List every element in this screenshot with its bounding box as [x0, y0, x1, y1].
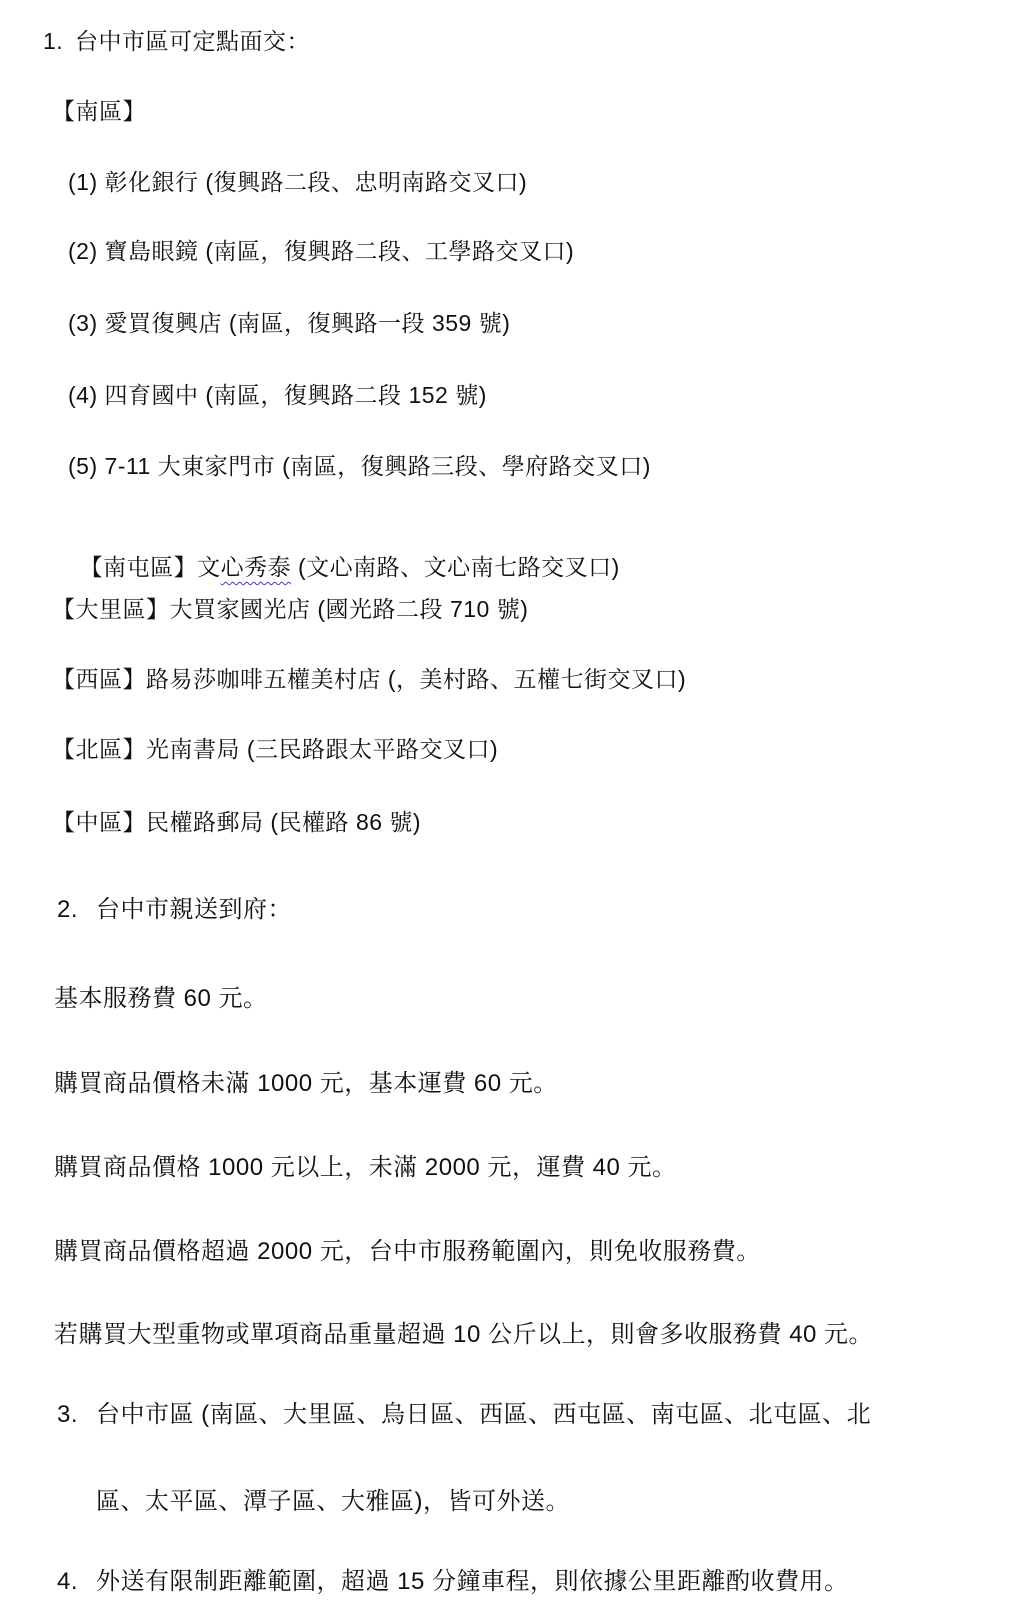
section1-number: 1.	[43, 27, 75, 57]
section4-text: 外送有限制距離範圍，超過 15 分鐘車程，則依據公里距離酌收費用。	[96, 1566, 849, 1597]
section2-number: 2.	[57, 894, 96, 925]
pickup-point-2: (2) 寶島眼鏡 (南區，復興路二段、工學路交叉口)	[68, 237, 574, 267]
nantun-suffix: (文心南路、文心南七路交叉口)	[291, 554, 620, 580]
south-district-header: 【南區】	[52, 97, 146, 127]
section2-heading: 2.台中市親送到府：	[57, 894, 292, 925]
pickup-point-4: (4) 四育國中 (南區，復興路二段 152 號)	[68, 381, 487, 411]
section1-title: 台中市區可定點面交：	[75, 27, 310, 57]
section3-line2: 區、太平區、潭子區、大雅區)，皆可外送。	[96, 1486, 570, 1517]
fee-paragraph-2: 購買商品價格未滿 1000 元，基本運費 60 元。	[54, 1068, 558, 1099]
section3-text-line1: 台中市區 (南區、大里區、烏日區、西區、西屯區、南屯區、北屯區、北	[96, 1399, 871, 1430]
fee-paragraph-1: 基本服務費 60 元。	[54, 983, 268, 1014]
section4-line: 4.外送有限制距離範圍，超過 15 分鐘車程，則依據公里距離酌收費用。	[57, 1566, 849, 1597]
pickup-point-3: (3) 愛買復興店 (南區，復興路一段 359 號)	[68, 309, 510, 339]
document-page: 1.台中市區可定點面交： 【南區】 (1) 彰化銀行 (復興路二段、忠明南路交叉…	[0, 0, 1012, 1621]
fee-paragraph-5: 若購買大型重物或單項商品重量超過 10 公斤以上，則會多收服務費 40 元。	[54, 1319, 873, 1350]
section1-heading: 1.台中市區可定點面交：	[43, 27, 310, 57]
section3-line1: 3.台中市區 (南區、大里區、烏日區、西區、西屯區、南屯區、北屯區、北	[57, 1399, 871, 1430]
west-district-line: 【西區】路易莎咖啡五權美村店 (，美村路、五權七街交叉口)	[52, 665, 686, 695]
north-district-line: 【北區】光南書局 (三民路跟太平路交叉口)	[52, 735, 498, 765]
fee-paragraph-4: 購買商品價格超過 2000 元，台中市服務範圍內，則免收服務費。	[54, 1236, 761, 1267]
nantun-misspelled-word: 心秀泰	[221, 554, 292, 580]
pickup-point-5: (5) 7-11 大東家門市 (南區，復興路三段、學府路交叉口)	[68, 452, 651, 482]
central-district-line: 【中區】民權路郵局 (民權路 86 號)	[52, 808, 421, 838]
dali-district-line: 【大里區】大買家國光店 (國光路二段 710 號)	[52, 595, 528, 625]
pickup-point-1: (1) 彰化銀行 (復興路二段、忠明南路交叉口)	[68, 168, 527, 198]
section2-title: 台中市親送到府：	[96, 894, 292, 925]
section4-number: 4.	[57, 1566, 96, 1597]
section3-number: 3.	[57, 1399, 96, 1430]
fee-paragraph-3: 購買商品價格 1000 元以上，未滿 2000 元，運費 40 元。	[54, 1152, 676, 1183]
nantun-prefix: 【南屯區】文	[80, 554, 221, 580]
